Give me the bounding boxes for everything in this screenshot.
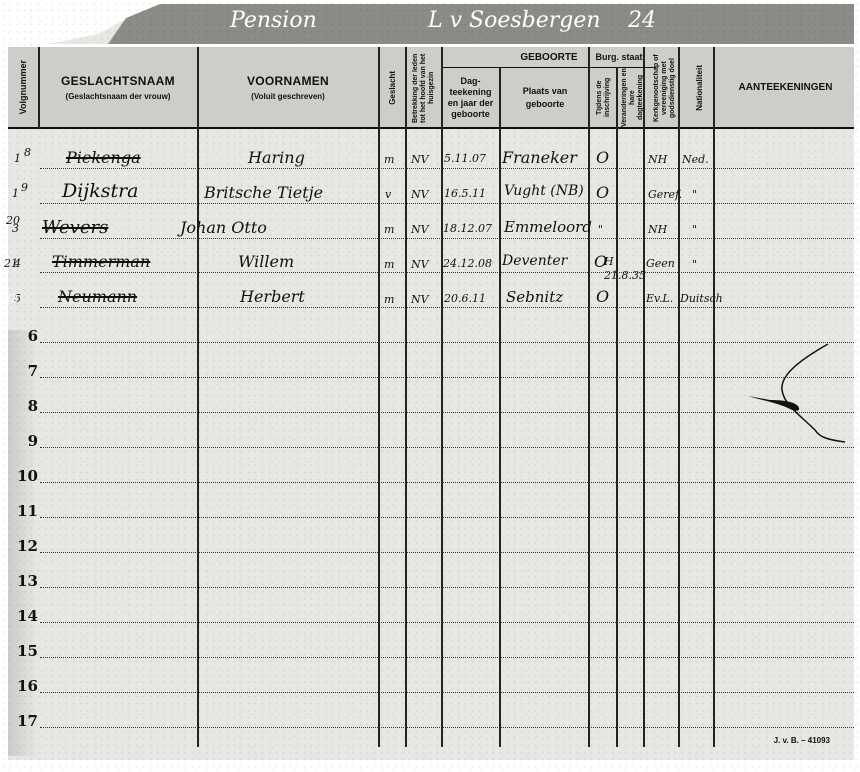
title-number: 24 bbox=[628, 8, 656, 33]
birth-place: Emmeloord bbox=[504, 218, 592, 236]
church: NH bbox=[648, 153, 667, 166]
birth-place: Vught (NB) bbox=[504, 183, 584, 199]
burg-staat-sub-rule bbox=[591, 67, 647, 68]
header-volgnummer: Volgnummer bbox=[8, 47, 38, 128]
header-bottom-rule bbox=[8, 127, 854, 129]
civil-status-change: H 21.8.35 bbox=[604, 255, 638, 283]
title-address: L v Soesbergen bbox=[428, 8, 601, 33]
col-divider bbox=[441, 47, 443, 747]
col-divider bbox=[197, 47, 199, 747]
relation: NV bbox=[411, 293, 429, 306]
col-divider bbox=[643, 47, 645, 747]
header-tijdens-inschrijving: Tijdens de inschrijving bbox=[591, 67, 617, 128]
civil-status: O bbox=[596, 287, 609, 306]
birth-date: 18.12.07 bbox=[443, 222, 492, 235]
handwritten-title: Pension L v Soesbergen 24 bbox=[200, 8, 760, 40]
surname: Dijkstra bbox=[62, 180, 139, 202]
sex: m bbox=[384, 258, 394, 271]
birth-place: Deventer bbox=[502, 253, 567, 269]
given-names: Johan Otto bbox=[180, 218, 267, 237]
civil-status: " bbox=[598, 223, 603, 236]
given-names: Willem bbox=[238, 252, 294, 271]
row-number: 6 bbox=[12, 327, 38, 345]
row-number: 8 bbox=[12, 397, 38, 415]
row-number-note: 8 bbox=[24, 146, 31, 159]
relation: NV bbox=[411, 153, 429, 166]
hair-artifact bbox=[740, 330, 850, 450]
header-betrekking: Betrekking der leden tot het hoofd van h… bbox=[406, 47, 441, 128]
row-number: 12 bbox=[12, 537, 38, 555]
row-number: 1 bbox=[14, 152, 21, 165]
row-number-note: 20 bbox=[6, 214, 20, 227]
row-number: 15 bbox=[12, 642, 38, 660]
form-code: J. v. B. – 41093 bbox=[774, 736, 830, 745]
row-number-note: 22 bbox=[4, 292, 18, 305]
row-number: 16 bbox=[12, 677, 38, 695]
header-dagteekening: Dag- teekening en jaar der geboorte bbox=[442, 67, 499, 128]
given-names: Haring bbox=[248, 148, 305, 167]
sex: v bbox=[385, 188, 391, 201]
civil-status: O bbox=[596, 183, 609, 202]
header-kerkgenootschap: Kerkgenootschap of vereeniging met godsd… bbox=[648, 47, 681, 128]
surname: Timmerman bbox=[52, 252, 150, 271]
nationality: Ned. bbox=[682, 153, 709, 166]
header-voornamen: VOORNAMEN (Voluit geschreven) bbox=[198, 47, 378, 128]
row-number-note: 9 bbox=[21, 181, 28, 194]
relation: NV bbox=[411, 223, 429, 236]
row-number-note: 21 bbox=[4, 257, 18, 270]
civil-status: O bbox=[596, 148, 609, 167]
sex: m bbox=[384, 293, 394, 306]
row-number: 7 bbox=[12, 362, 38, 380]
title-pension: Pension bbox=[230, 8, 317, 33]
sex: m bbox=[384, 223, 394, 236]
relation: NV bbox=[411, 188, 429, 201]
col-divider bbox=[38, 47, 40, 129]
nationality: " bbox=[692, 223, 697, 236]
row-number: 13 bbox=[12, 572, 38, 590]
given-names: Britsche Tietje bbox=[204, 183, 323, 202]
header-burg-staat: Burg. staat bbox=[591, 47, 647, 67]
row-number: 11 bbox=[12, 502, 38, 520]
row-number: 17 bbox=[12, 712, 38, 730]
header-aanteekeningen: AANTEEKENINGEN bbox=[717, 47, 854, 128]
nationality: " bbox=[692, 188, 697, 201]
nationality: Duitsch bbox=[680, 292, 723, 305]
header-geslachtsnaam: GESLACHTSNAAM (Geslachtsnaam der vrouw) bbox=[39, 47, 197, 128]
relation: NV bbox=[411, 258, 429, 271]
col-divider bbox=[378, 47, 380, 747]
col-divider bbox=[713, 47, 715, 747]
birth-place: Sebnitz bbox=[506, 288, 563, 306]
col-divider bbox=[678, 47, 680, 747]
row-number: 10 bbox=[12, 467, 38, 485]
col-divider bbox=[588, 47, 590, 747]
table-header: Volgnummer GESLACHTSNAAM (Geslachtsnaam … bbox=[8, 47, 854, 128]
birth-date: 16.5.11 bbox=[444, 187, 486, 200]
col-divider bbox=[616, 67, 618, 747]
birth-date: 24.12.08 bbox=[443, 257, 492, 270]
col-divider bbox=[405, 47, 407, 747]
row-number: 9 bbox=[12, 432, 38, 450]
birth-date: 20.6.11 bbox=[444, 292, 486, 305]
surname: Piekenga bbox=[66, 148, 141, 167]
row-number: 1 bbox=[12, 187, 19, 200]
surname: Neumann bbox=[58, 287, 137, 306]
surname: Wevers bbox=[42, 217, 108, 238]
header-plaats: Plaats van geboorte bbox=[500, 67, 590, 128]
church: NH bbox=[648, 223, 667, 236]
birth-place: Franeker bbox=[502, 148, 577, 167]
header-nationaliteit: Nationaliteit bbox=[682, 47, 716, 128]
sex: m bbox=[384, 153, 394, 166]
row-number: 14 bbox=[12, 607, 38, 625]
church: Geen bbox=[646, 257, 675, 270]
birth-date: 5.11.07 bbox=[444, 152, 486, 165]
nationality: " bbox=[692, 258, 697, 271]
register-card: Pension L v Soesbergen 24 Volgnummer GES… bbox=[0, 0, 860, 772]
given-names: Herbert bbox=[240, 287, 305, 306]
church: Geref. bbox=[648, 188, 682, 201]
header-geslacht: Geslacht bbox=[379, 47, 405, 128]
church: Ev.L. bbox=[646, 292, 673, 305]
col-divider bbox=[499, 67, 501, 747]
